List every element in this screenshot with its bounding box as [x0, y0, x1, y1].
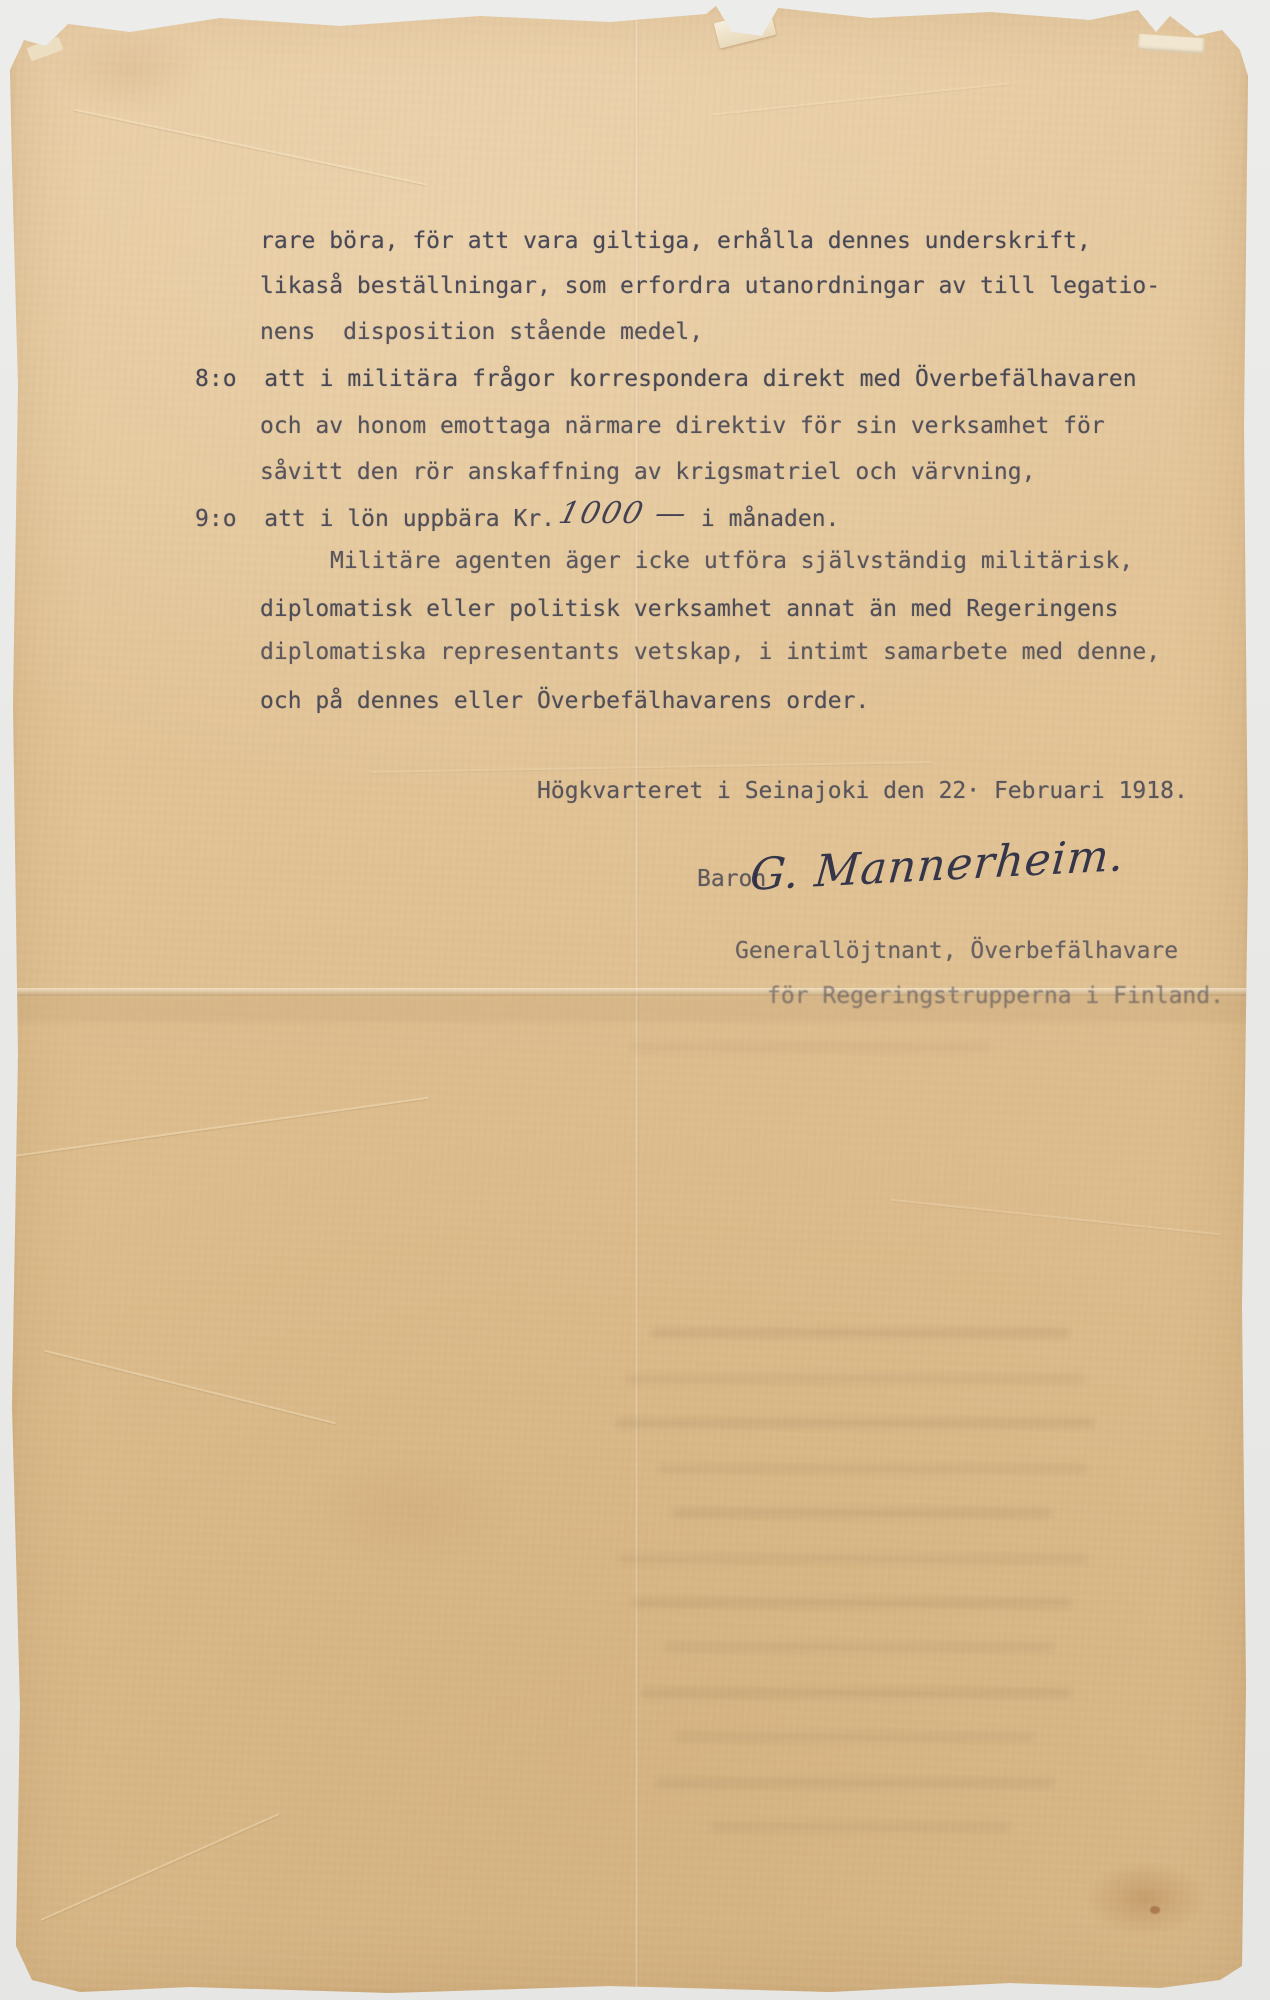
wrinkle [41, 1813, 279, 1921]
wrinkle [12, 1097, 428, 1157]
torn-edge-flap [27, 37, 64, 62]
bleed-through-line [658, 1464, 1088, 1474]
bleed-through-line [642, 1688, 1072, 1698]
dateline: Högkvarteret i Seinajoki den 22· Februar… [537, 780, 1188, 803]
stain [50, 26, 210, 116]
bleed-through-line [632, 1598, 1072, 1608]
handwritten-amount: 1000 — [557, 502, 691, 525]
closing-paragraph-line-2: diplomatisk eller politisk verksamhet an… [260, 598, 1119, 621]
body-line-2: likaså beställningar, som erfordra utano… [260, 275, 1160, 298]
bleed-through-line [675, 1732, 1035, 1742]
wrinkle [891, 1199, 1219, 1235]
photo-background: { "document": { "type_label": "typewritt… [0, 0, 1270, 2000]
bleed-through-line [650, 1328, 1070, 1338]
wrinkle [74, 109, 427, 186]
signature: G. Mannerheim. [748, 830, 1127, 901]
wrinkle [370, 761, 930, 773]
body-line-3: nens disposition stående medel, [260, 321, 703, 344]
bleed-through-line [710, 1822, 1010, 1832]
closing-paragraph-line-1: Militäre agenten äger icke utföra självs… [330, 550, 1133, 573]
torn-edge-flap [714, 9, 777, 48]
bleed-through-line [615, 1418, 1095, 1428]
stain [300, 1446, 520, 1576]
bleed-through-line [672, 1508, 1052, 1518]
closing-paragraph-line-4: och på dennes eller Överbefälhavarens or… [260, 690, 869, 713]
bleed-through-line [630, 1042, 990, 1052]
item-8-line-2: och av honom emottaga närmare direktiv f… [260, 415, 1105, 438]
closing-paragraph-line-3: diplomatiska representants vetskap, i in… [260, 641, 1160, 664]
bleed-through-line [618, 1554, 1088, 1564]
item-9-typed-suffix: i månaden. [701, 506, 839, 532]
signoff-title-line-1: Generallöjtnant, Överbefälhavare [735, 940, 1178, 963]
letter-paper: rare böra, för att vara giltiga, erhålla… [10, 6, 1248, 1994]
item-9-typed-prefix: 9:o att i lön uppbära Kr. [195, 506, 555, 532]
bleed-through-line [655, 1778, 1055, 1788]
wrinkle [711, 82, 1010, 115]
wrinkle [44, 1350, 336, 1425]
torn-edge-flap [1138, 34, 1205, 55]
item-8-line: 8:o att i militära frågor korrespondera … [195, 368, 1137, 391]
bleed-through-line [625, 1374, 1085, 1384]
item-8-line-3: såvitt den rör anskaffning av krigsmatri… [260, 461, 1035, 484]
edge-mark [13, 1052, 18, 1064]
stain [1150, 1906, 1160, 1914]
item-9-line: 9:o att i lön uppbära Kr.1000 —i månaden… [195, 505, 839, 531]
stain [1085, 1861, 1205, 1936]
signoff-title-line-2: för Regeringstrupperna i Finland. [767, 985, 1224, 1008]
bleed-through-line [665, 1642, 1055, 1652]
paper-lower-half-tone [10, 996, 1248, 1994]
body-line-1: rare böra, för att vara giltiga, erhålla… [260, 230, 1091, 253]
